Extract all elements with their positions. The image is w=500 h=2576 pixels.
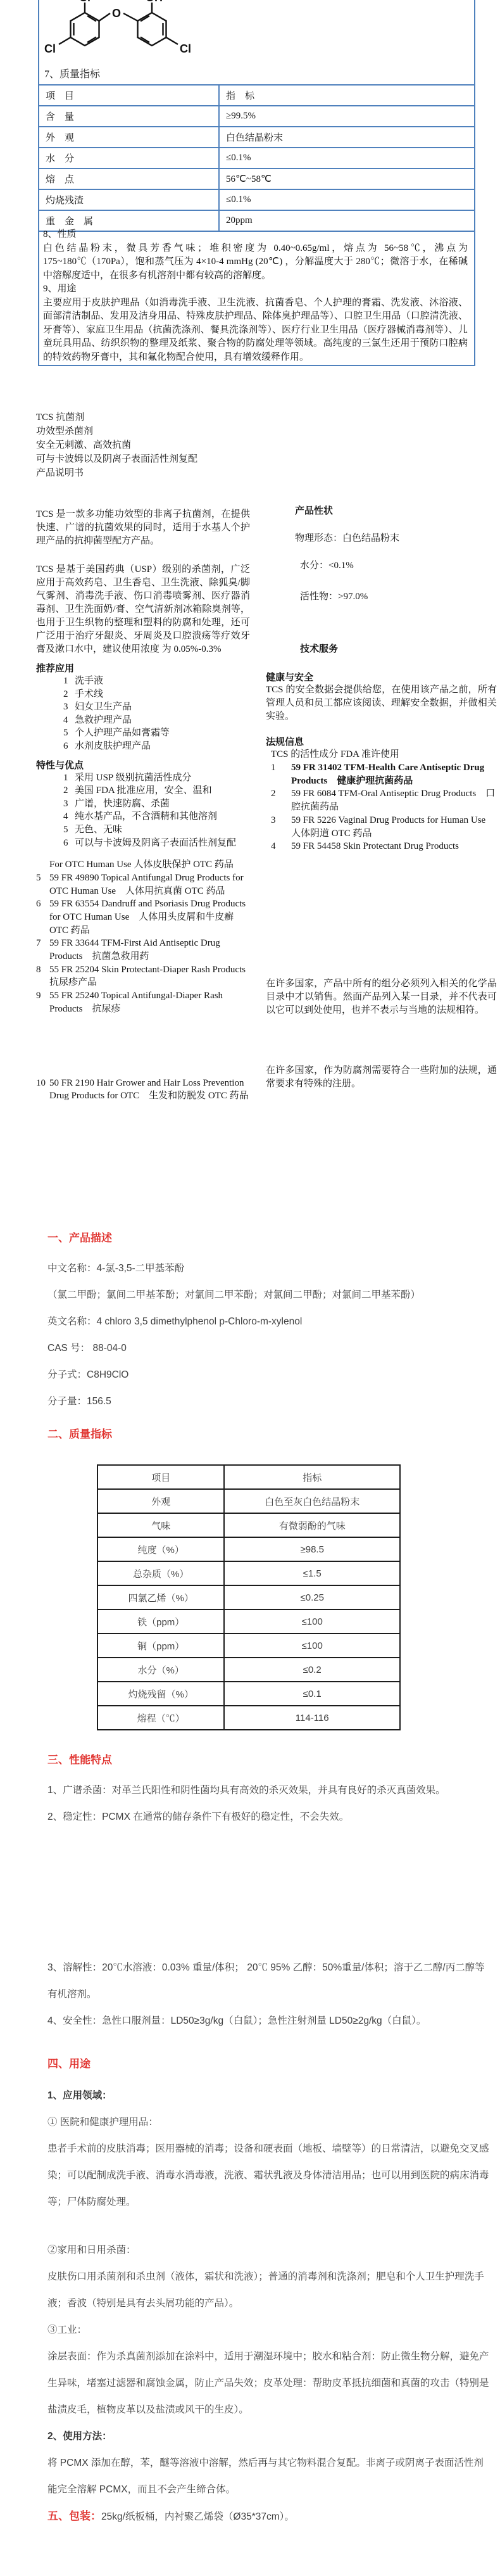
list-item: 3妇女卫生产品 (36, 701, 250, 714)
cell: 灼烧残留（%） (97, 1682, 224, 1706)
list-number: 3 (63, 797, 75, 811)
otc-items: 559 FR 49890 Topical Antifungal Drug Pro… (36, 872, 250, 1016)
recommended-apps-title: 推荐应用 (36, 661, 250, 675)
item-text: 59 FR 31402 TFM-Health Care Antiseptic D… (291, 761, 497, 787)
list-text: 急救护理产品 (75, 714, 132, 727)
header-cell: 指 标 (219, 85, 475, 106)
cell: 熔 点 (39, 168, 219, 189)
health-safety-body: TCS 的安全数据会提供给您，在使用该产品之前，所有管理人员和员工都应该阅读、理… (266, 683, 497, 723)
cell: 铜（ppm） (97, 1634, 224, 1658)
quality-spec-table: 项 目指 标含 量≥99.5%外 观白色结晶粉末水 分≤0.1%熔 点56℃~5… (38, 84, 475, 232)
regulatory-title: 法规信息 (266, 735, 497, 748)
packaging-line: 五、包装：25kg/纸板桶，内衬聚乙烯袋（Ø35*37cm）。 (47, 2503, 492, 2530)
cell: 熔程（℃） (97, 1706, 224, 1730)
cell: 外观 (97, 1489, 224, 1513)
text-line: 1、广谱杀菌：对革兰氏阳性和阴性菌均具有高效的杀灭效果，并具有良好的杀灭真菌效果… (47, 1777, 492, 1804)
list-text: 广谱，快速防腐、杀菌 (75, 797, 170, 811)
item-text: 59 FR 5226 Vaginal Drug Products for Hum… (291, 814, 497, 840)
list-number: 5 (63, 823, 75, 837)
header-cell: 项 目 (39, 85, 219, 106)
list-item: 6可以与卡波姆及阴离子表面活性剂复配 (36, 837, 250, 850)
list-number: 1 (63, 771, 75, 785)
fda-regulation-list: 159 FR 31402 TFM-Health Care Antiseptic … (266, 761, 497, 853)
moisture-item: 水分：<0.1% (266, 558, 497, 571)
regulation-item: 955 FR 25240 Topical Antifungal-Diaper R… (36, 989, 250, 1015)
list-text: 妇女卫生产品 (75, 701, 132, 714)
list-text: 手术线 (75, 688, 103, 701)
cell: 白色结晶粉末 (219, 127, 475, 148)
cell: 灼烧残渣 (39, 189, 219, 210)
table-row: 铁（ppm）≤100 (97, 1609, 400, 1634)
text-line: 4、安全性：急性口服剂量：LD50≥3g/kg（白鼠）；急性注射剂量 LD50≥… (47, 2008, 492, 2034)
u1-body: 患者手术前的皮肤消毒；医用器械的消毒；设备和硬表面（地板、墙壁等）的日常清洁，以… (47, 2136, 492, 2216)
regulation-item: 359 FR 5226 Vaginal Drug Products for Hu… (266, 814, 497, 840)
active-content-item: 活性物：>97.0% (266, 589, 497, 602)
cell: 有微弱酚的气味 (224, 1513, 400, 1537)
item-number: 8 (36, 963, 49, 989)
pcmx-section: 一、产品描述 中文名称：4-氯-3,5-二甲基苯酚（氯二甲酚；氯间二甲基苯酚；对… (47, 1225, 492, 2530)
list-number: 6 (63, 740, 75, 753)
item-text: 55 FR 25204 Skin Protectant-Diaper Rash … (49, 963, 250, 989)
cell: 白色至灰白色结晶粉末 (224, 1489, 400, 1513)
s2-heading: 二、质量指标 (47, 1421, 492, 1448)
right-column: 产品性状 物理形态：白色结晶粉末 水分：<0.1% 活性物：>97.0% 技术服… (266, 504, 497, 1091)
cell: ≤0.1 (224, 1682, 400, 1706)
spec-box-top-border (38, 0, 475, 85)
features-title: 特性与优点 (36, 758, 250, 771)
cell: 水 分 (39, 148, 219, 168)
list-item: 4急救护理产品 (36, 714, 250, 727)
u2-body: 皮肤伤口用杀菌剂和杀虫剂（液体，霜状和洗液）；普通的消毒剂和洗涤剂；肥皂和个人卫… (47, 2264, 492, 2317)
item-number: 5 (36, 872, 49, 898)
list-number: 6 (63, 837, 75, 850)
intro-paragraph-2: TCS 是基于美国药典（USP）级别的杀菌剂，广泛应用于高效药皂、卫生香皂、卫生… (36, 563, 250, 656)
list-number: 2 (63, 688, 75, 701)
features-list: 1采用 USP 级别抗菌活性成分2美国 FDA 批准应用，安全、温和3广谱，快速… (36, 771, 250, 850)
list-text: 个人护理产品如膏霜等 (75, 726, 170, 740)
list-item: 3广谱，快速防腐、杀菌 (36, 797, 250, 811)
list-number: 4 (63, 714, 75, 727)
text-line: 功效型杀菌剂 (36, 424, 250, 438)
cell: ≤0.1% (219, 189, 475, 210)
s3-feature-lines: 1、广谱杀菌：对革兰氏阳性和阴性菌均具有高效的杀灭效果，并具有良好的杀灭真菌效果… (47, 1777, 492, 1830)
table-row: 水 分≤0.1% (39, 148, 475, 168)
item-number: 6 (36, 898, 49, 937)
regulation-item: 855 FR 25204 Skin Protectant-Diaper Rash… (36, 963, 250, 989)
item-number: 9 (36, 989, 49, 1015)
tech-service-title: 技术服务 (266, 642, 497, 655)
text-line: 产品说明书 (36, 466, 250, 480)
item-number: 2 (266, 787, 291, 813)
table-header-row: 项 目指 标 (39, 85, 475, 106)
s1-identity-lines: 中文名称：4-氯-3,5-二甲基苯酚（氯二甲酚；氯间二甲基苯酚；对氯间二甲苯酚；… (47, 1255, 492, 1415)
table-row: 气味有微弱酚的气味 (97, 1513, 400, 1537)
table-row: 纯度（%）≥98.5 (97, 1537, 400, 1561)
item-text: 59 FR 63554 Dandruff and Psoriasis Drug … (49, 898, 250, 937)
text-line: 分子式：C8H9ClO (47, 1362, 492, 1388)
regulatory-subtitle: TCS 的活性成分 FDA 准许使用 (266, 748, 497, 761)
product-character-title: 产品性状 (266, 504, 497, 517)
regulatory-note-2: 在许多国家，作为防腐剂需要符合一些附加的法规，通常要求有特殊的注册。 (266, 1064, 497, 1091)
list-item: 1洗手液 (36, 675, 250, 688)
list-number: 5 (63, 726, 75, 740)
regulation-item: 559 FR 49890 Topical Antifungal Drug Pro… (36, 872, 250, 898)
cell: 56℃~58℃ (219, 168, 475, 189)
header-cell: 项目 (97, 1465, 224, 1489)
item-text: 59 FR 6084 TFM-Oral Antiseptic Drug Prod… (291, 787, 497, 813)
regulation-item: 759 FR 33644 TFM-First Aid Antiseptic Dr… (36, 937, 250, 963)
cell: ≤0.1% (219, 148, 475, 168)
list-text: 洗手液 (75, 675, 103, 688)
section9-title: 9、用途 (43, 282, 468, 296)
table-row: 水分（%）≤0.2 (97, 1658, 400, 1682)
header-cell: 指标 (224, 1465, 400, 1489)
list-item: 1采用 USP 级别抗菌活性成分 (36, 771, 250, 785)
text-line: TCS 抗菌剂 (36, 410, 250, 424)
otc-regulations-left: For OTC Human Use 人体皮肤保护 OTC 药品 559 FR 4… (36, 858, 250, 1103)
text-line: 2、稳定性：PCMX 在通常的储存条件下有极好的稳定性，不会失效。 (47, 1804, 492, 1830)
table-row: 铜（ppm）≤100 (97, 1634, 400, 1658)
usage-method: 将 PCMX 添加在醇，苯，醚等溶液中溶解，然后再与其它物料混合复配。非离子或阴… (47, 2450, 492, 2503)
regulation-item: 259 FR 6084 TFM-Oral Antiseptic Drug Pro… (266, 787, 497, 813)
table-row: 熔 点56℃~58℃ (39, 168, 475, 189)
cell: ≤100 (224, 1634, 400, 1658)
document-page: Cl O OH Cl Cl 7、质量指标 项 目指 标含 量≥99.5%外 观白… (0, 0, 500, 2576)
cell: ≥99.5% (219, 106, 475, 127)
item-text: 50 FR 2190 Hair Grower and Hair Loss Pre… (49, 1077, 250, 1103)
properties-uses-box: 8、性质 白色结晶粉末，微具芳香气味；堆积密度为 0.40~0.65g/ml，熔… (38, 225, 475, 366)
list-number: 1 (63, 675, 75, 688)
regulation-item: 159 FR 31402 TFM-Health Care Antiseptic … (266, 761, 497, 787)
otc-item-10: 1050 FR 2190 Hair Grower and Hair Loss P… (36, 1077, 250, 1103)
section8-body: 白色结晶粉末，微具芳香气味；堆积密度为 0.40~0.65g/ml，熔点为 56… (43, 242, 468, 283)
item-text: 59 FR 54458 Skin Protectant Drug Product… (291, 840, 497, 853)
list-text: 可以与卡波姆及阴离子表面活性剂复配 (75, 837, 236, 850)
table-row: 灼烧残渣≤0.1% (39, 189, 475, 210)
s4-heading: 四、用途 (47, 2051, 492, 2078)
cell: ≤1.5 (224, 1561, 400, 1585)
table-row: 四氯乙烯（%）≤0.25 (97, 1585, 400, 1609)
u3-title: ③工业： (47, 2317, 492, 2344)
u2-title: ②家用和日用杀菌： (47, 2237, 492, 2264)
cell: 铁（ppm） (97, 1609, 224, 1634)
table-header-row: 项目指标 (97, 1465, 400, 1489)
list-item: 4纯水基产品，不含酒精和其他溶剂 (36, 810, 250, 823)
item-text: 59 FR 33644 TFM-First Aid Antiseptic Dru… (49, 937, 250, 963)
text-line: （氯二甲酚；氯间二甲基苯酚；对氯间二甲苯酚；对氯间二甲酚；对氯间二甲基苯酚） (47, 1282, 492, 1309)
text-line: 英文名称：4 chloro 3,5 dimethylphenol p-Chlor… (47, 1309, 492, 1335)
s1-heading: 一、产品描述 (47, 1225, 492, 1252)
pcmx-quality-table: 项目指标外观白色至灰白色结晶粉末气味有微弱酚的气味纯度（%）≥98.5总杂质（%… (97, 1464, 401, 1730)
cell: ≥98.5 (224, 1537, 400, 1561)
cell: 四氯乙烯（%） (97, 1585, 224, 1609)
item-text: 55 FR 25240 Topical Antifungal-Diaper Ra… (49, 989, 250, 1015)
cell: ≤100 (224, 1609, 400, 1634)
table-row: 外 观白色结晶粉末 (39, 127, 475, 148)
recommended-apps-list: 1洗手液2手术线3妇女卫生产品4急救护理产品5个人护理产品如膏霜等6水剂皮肤护理… (36, 675, 250, 753)
left-column: TCS 抗菌剂功效型杀菌剂安全无刺激、高效抗菌可与卡波姆以及阴离子表面活性剂复配… (36, 410, 250, 1103)
table-row: 总杂质（%）≤1.5 (97, 1561, 400, 1585)
s4-sub1: 1、应用领域： (47, 2083, 492, 2109)
text-line: 中文名称：4-氯-3,5-二甲基苯酚 (47, 1255, 492, 1282)
cell: ≤0.2 (224, 1658, 400, 1682)
health-safety-title: 健康与安全 (266, 670, 497, 683)
text-line: 可与卡波姆以及阴离子表面活性剂复配 (36, 452, 250, 466)
list-item: 6水剂皮肤护理产品 (36, 740, 250, 753)
text-line: 3、溶解性：20℃水溶液：0.03% 重量/体积； 20℃ 95% 乙醇：50%… (47, 1955, 492, 2008)
u1-title: ① 医院和健康护理用品： (47, 2109, 492, 2136)
item-number: 3 (266, 814, 291, 840)
s3-feature-lines-2: 3、溶解性：20℃水溶液：0.03% 重量/体积； 20℃ 95% 乙醇：50%… (47, 1955, 492, 2034)
list-item: 2手术线 (36, 688, 250, 701)
physical-form-item: 物理形态：白色结晶粉末 (266, 531, 497, 544)
cell: 气味 (97, 1513, 224, 1537)
packaging-body: 25kg/纸板桶，内衬聚乙烯袋（Ø35*37cm）。 (101, 2511, 294, 2522)
cell: 总杂质（%） (97, 1561, 224, 1585)
item-number: 1 (266, 761, 291, 787)
s3-heading: 三、性能特点 (47, 1747, 492, 1773)
table-row: 外观白色至灰白色结晶粉末 (97, 1489, 400, 1513)
list-item: 5无色、无味 (36, 823, 250, 837)
s5-heading: 五、包装： (47, 2510, 101, 2522)
regulation-item: 659 FR 63554 Dandruff and Psoriasis Drug… (36, 898, 250, 937)
section8-title: 8、性质 (43, 228, 468, 242)
list-text: 采用 USP 级别抗菌活性成分 (75, 771, 191, 785)
table-row: 含 量≥99.5% (39, 106, 475, 127)
cell: 纯度（%） (97, 1537, 224, 1561)
item-number: 4 (266, 840, 291, 853)
item-number: 7 (36, 937, 49, 963)
list-number: 3 (63, 701, 75, 714)
list-text: 水剂皮肤护理产品 (75, 740, 151, 753)
cell: 114-116 (224, 1706, 400, 1730)
product-intro: TCS 抗菌剂功效型杀菌剂安全无刺激、高效抗菌可与卡波姆以及阴离子表面活性剂复配… (36, 410, 250, 480)
list-number: 2 (63, 784, 75, 797)
item-text: 59 FR 49890 Topical Antifungal Drug Prod… (49, 872, 250, 898)
item-number: 10 (36, 1077, 49, 1103)
text-line: CAS 号： 88-04-0 (47, 1335, 492, 1362)
regulation-item: 1050 FR 2190 Hair Grower and Hair Loss P… (36, 1077, 250, 1103)
list-text: 无色、无味 (75, 823, 122, 837)
cell: 水分（%） (97, 1658, 224, 1682)
u3-body: 涂层表面：作为杀真菌剂添加在涂料中，适用于潮湿环境中；胶水和粘合剂：防止微生物分… (47, 2344, 492, 2423)
list-text: 纯水基产品，不含酒精和其他溶剂 (75, 810, 217, 823)
list-number: 4 (63, 810, 75, 823)
intro-paragraph-1: TCS 是一款多功能功效型的非离子抗菌剂，在提供快速、广谱的抗菌效果的同时，适用… (36, 508, 250, 548)
text-line: 分子量：156.5 (47, 1388, 492, 1415)
cell: 含 量 (39, 106, 219, 127)
cell: ≤0.25 (224, 1585, 400, 1609)
list-text: 美国 FDA 批准应用，安全、温和 (75, 784, 212, 797)
s4-sub2: 2、使用方法： (47, 2423, 492, 2450)
cell: 外 观 (39, 127, 219, 148)
table-row: 灼烧残留（%）≤0.1 (97, 1682, 400, 1706)
text-line: 安全无刺激、高效抗菌 (36, 438, 250, 452)
regulation-item: 459 FR 54458 Skin Protectant Drug Produc… (266, 840, 497, 853)
otc-continuation-line: For OTC Human Use 人体皮肤保护 OTC 药品 (36, 858, 250, 872)
regulatory-note-1: 在许多国家，产品中所有的组分必须列入相关的化学品目录中才以销售。然面产品列入某一… (266, 977, 497, 1017)
list-item: 5个人护理产品如膏霜等 (36, 726, 250, 740)
table-row: 熔程（℃）114-116 (97, 1706, 400, 1730)
section9-body: 主要应用于皮肤护理品（如消毒洗手液、卫生洗液、抗菌香皂、个人护理的膏霜、洗发液、… (43, 296, 468, 365)
list-item: 2美国 FDA 批准应用，安全、温和 (36, 784, 250, 797)
section7-heading: 7、质量指标 (44, 66, 100, 80)
